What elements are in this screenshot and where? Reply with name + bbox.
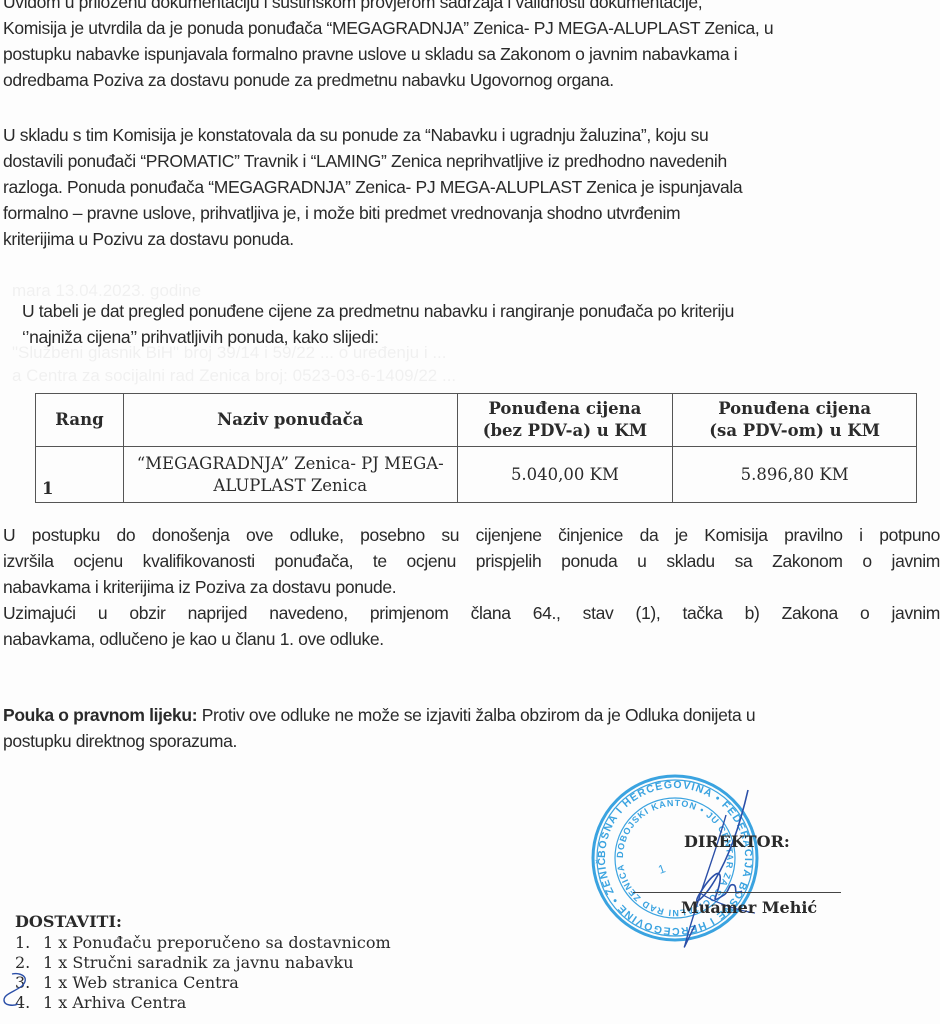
cell-price-without-vat: 5.040,00 KM — [457, 447, 673, 503]
list-text: 1 x Arhiva Centra — [43, 993, 186, 1013]
header-line: Ponuđena cijena — [677, 398, 912, 420]
paragraph-line: U skladu s tim Komisija je konstatovala … — [3, 122, 940, 148]
distribution-heading: DOSTAVITI: — [15, 912, 391, 931]
pen-mark-icon — [0, 970, 40, 1010]
paragraph-line: dostavili ponuđači “PROMATIC” Travnik i … — [3, 148, 940, 174]
list-item: 3.1 x Web stranica Centra — [15, 973, 391, 993]
legal-remedy-notice: Pouka o pravnom lijeku: Protiv ove odluk… — [3, 702, 940, 754]
list-item: 2.1 x Stručni saradnik za javnu nabavku — [15, 953, 391, 973]
legal-remedy-text: postupku direktnog sporazuma. — [3, 728, 940, 754]
paragraph-line: U tabeli je dat pregled ponuđene cijene … — [22, 298, 940, 324]
paragraph-line: ‘’najniža cijena’’ prihvatljivih ponuda,… — [22, 324, 940, 350]
legal-remedy-text: Protiv ove odluke ne može se izjaviti ža… — [197, 705, 755, 725]
document-page: mara 13.04.2023. godine "Službeni glasni… — [0, 0, 940, 1024]
header-line: (sa PDV-om) u KM — [677, 420, 912, 442]
paragraph-reasoning: U postupku do donošenja ove odluke, pose… — [3, 522, 940, 652]
paragraph-line: kriterijima u Pozivu za dostavu ponuda. — [3, 226, 940, 252]
list-item: 1.1 x Ponuđaču preporučeno sa dostavnico… — [15, 933, 391, 953]
paragraph-line: postupku nabavke ispunjavala formalno pr… — [3, 41, 940, 67]
header-rank: Rang — [36, 394, 124, 447]
distribution-items: 1.1 x Ponuđaču preporučeno sa dostavnico… — [15, 933, 391, 1013]
cell-line: “MEGAGRADNJA” Zenica- PJ MEGA- — [128, 453, 453, 475]
paragraph-line: Uvidom u priloženu dokumentaciju i sušti… — [3, 0, 940, 15]
table-header-row: Rang Naziv ponuđača Ponuđena cijena (bez… — [36, 394, 917, 447]
header-price-with-vat: Ponuđena cijena (sa PDV-om) u KM — [673, 394, 917, 447]
list-item: 4.1 x Arhiva Centra — [15, 993, 391, 1013]
table-row: 1 “MEGAGRADNJA” Zenica- PJ MEGA- ALUPLAS… — [36, 447, 917, 503]
list-text: 1 x Stručni saradnik za javnu nabavku — [43, 953, 354, 973]
paragraph-conclusion: U skladu s tim Komisija je konstatovala … — [3, 122, 940, 252]
distribution-list: DOSTAVITI: 1.1 x Ponuđaču preporučeno sa… — [15, 912, 391, 1013]
signature-line — [633, 892, 841, 893]
paragraph-table-intro: U tabeli je dat pregled ponuđene cijene … — [22, 298, 940, 350]
header-line: Ponuđena cijena — [462, 398, 669, 420]
cell-bidder-name: “MEGAGRADNJA” Zenica- PJ MEGA- ALUPLAST … — [123, 447, 457, 503]
paragraph-findings: Uvidom u priloženu dokumentaciju i sušti… — [3, 0, 940, 93]
offers-ranking-table: Rang Naziv ponuđača Ponuđena cijena (bez… — [35, 393, 917, 503]
paragraph-line: nabavkama i kriterijima iz Poziva za dos… — [3, 574, 940, 600]
list-text: 1 x Web stranica Centra — [43, 973, 239, 993]
bleed-through-text: a Centra za socijalni rad Zenica broj: 0… — [12, 366, 456, 386]
header-line: (bez PDV-a) u KM — [462, 420, 669, 442]
paragraph-line: formalno – pravne uslove, prihvatljiva j… — [3, 200, 940, 226]
header-price-without-vat: Ponuđena cijena (bez PDV-a) u KM — [457, 394, 673, 447]
header-bidder-name: Naziv ponuđača — [123, 394, 457, 447]
paragraph-line: razloga. Ponuda ponuđača “MEGAGRADNJA” Z… — [3, 174, 940, 200]
list-number: 1. — [15, 933, 43, 953]
handwritten-signature-icon — [660, 785, 780, 955]
cell-price-with-vat: 5.896,80 KM — [673, 447, 917, 503]
paragraph-line: izvršila ocjenu kvalifikovanosti ponuđač… — [3, 548, 940, 574]
paragraph-line: Uzimajući u obzir naprijed navedeno, pri… — [3, 600, 940, 626]
signatory-title: DIREKTOR: — [684, 832, 790, 851]
paragraph-line: odredbama Poziva za dostavu ponude za pr… — [3, 67, 940, 93]
cell-rank: 1 — [36, 447, 124, 503]
paragraph-line: nabavkama, odlučeno je kao u članu 1. ov… — [3, 626, 940, 652]
list-text: 1 x Ponuđaču preporučeno sa dostavnicom — [43, 933, 391, 953]
legal-remedy-label: Pouka o pravnom lijeku: — [3, 705, 197, 725]
paragraph-line: Komisija je utvrdila da je ponuda ponuđa… — [3, 15, 940, 41]
paragraph-line: U postupku do donošenja ove odluke, pose… — [3, 522, 940, 548]
signatory-name: Muamer Mehić — [681, 898, 817, 917]
cell-line: ALUPLAST Zenica — [128, 475, 453, 497]
